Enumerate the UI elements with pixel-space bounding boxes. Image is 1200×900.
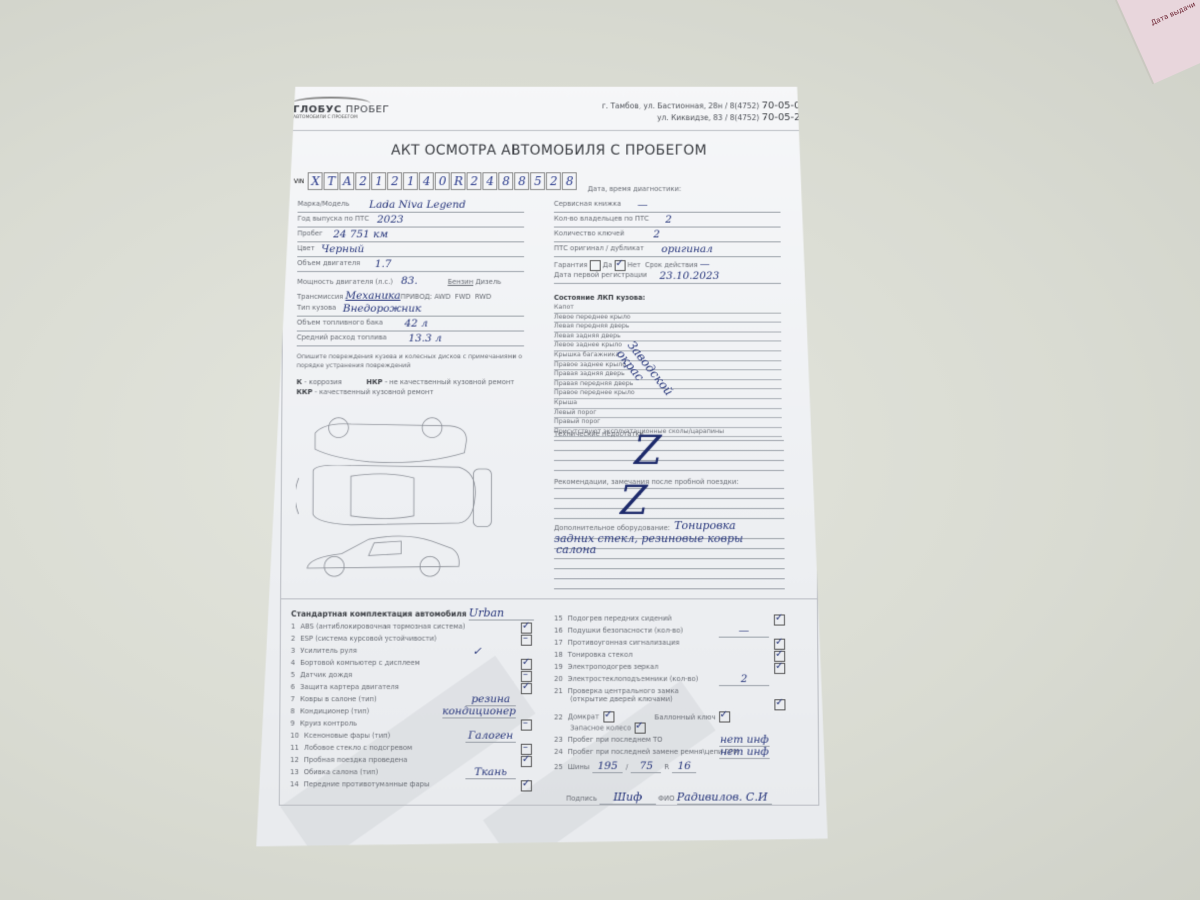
equipment-checkbox[interactable] [521, 635, 532, 646]
ruled-line [554, 578, 785, 579]
vin-char: 5 [530, 172, 545, 190]
company-contacts: г. Тамбов, ул. Бастионная, 28н / 8(4752)… [602, 101, 807, 125]
warranty-no-checkbox[interactable] [614, 260, 625, 271]
extra-equipment-line1: Тонировка [674, 519, 736, 532]
signature: Шиф [599, 790, 656, 804]
defects-value: Z [634, 428, 662, 474]
document-title: АКТ ОСМОТРА АВТОМОБИЛЯ С ПРОБЕГОМ [284, 143, 814, 159]
extra-equipment-label: Дополнительное оборудование: [554, 524, 670, 532]
vin-char: T [324, 172, 339, 190]
ruled-line [554, 568, 785, 569]
fio-value: Радивилов. С.И [677, 790, 772, 804]
body-type-field: Тип кузоваВнедорожник [297, 304, 524, 317]
transmission-field: Трансмиссия МеханикаПРИВОД: AWD FWD RWD [297, 290, 491, 302]
paint-item: Левая передняя дверь [554, 323, 781, 333]
form-frame: АКТ ОСМОТРА АВТОМОБИЛЯ С ПРОБЕГОМ VIN XT… [279, 130, 820, 806]
equipment-value: нет инф [719, 746, 769, 759]
vin-char: X [308, 172, 323, 190]
equipment-value: — [719, 625, 769, 638]
equipment-item: 1ABS (антиблокировочная тормозная систем… [291, 623, 542, 635]
equipment-item: 10Ксеноновые фары (тип)Галоген [290, 732, 542, 744]
owners-field: Кол-во владельцев по ПТС2 [554, 215, 781, 228]
equipment-title: Стандартная комплектация автомобиля Urba… [291, 606, 534, 619]
equipment-checkbox[interactable] [521, 780, 532, 791]
paint-item: Капот [554, 304, 781, 314]
vin-char: 2 [546, 172, 561, 190]
legend-nkr: НКР - не качественный кузовной ремонт [366, 378, 514, 386]
paint-item: Левая задняя дверь [554, 332, 781, 342]
paint-item: Левое переднее крыло [554, 313, 781, 323]
vin-char: 8 [515, 172, 530, 190]
vin-char: 2 [467, 172, 482, 190]
equipment-checkbox[interactable] [603, 711, 614, 722]
vin-field: VIN XTA212140R2488528 [294, 172, 578, 190]
equipment-item: 17Противоугонная сигнализация [554, 639, 795, 651]
vin-char: R [451, 172, 466, 190]
vin-char: A [340, 172, 355, 190]
legend-k: К - коррозия [296, 378, 341, 386]
equipment-checkbox[interactable] [774, 699, 785, 710]
ruled-line [554, 498, 784, 499]
equipment-item: 14Передние противотуманные фары [290, 780, 542, 792]
equipment-item: 2ESP (система курсовой устойчивости) [291, 635, 542, 647]
make-model-field: Марка/МодельLada Niva Legend [298, 200, 525, 213]
vin-char: 4 [419, 172, 434, 190]
vin-char: 4 [483, 172, 498, 190]
ruled-line [554, 460, 784, 461]
pts-field: ПТС оригинал / дубликаторигинал [554, 244, 781, 257]
defects-label: Технические недостатки: [554, 430, 646, 438]
ruled-line [554, 518, 784, 519]
inspection-sheet: ГЛОБУС ПРОБЕГ АВТОМОБИЛИ С ПРОБЕГОМ г. Т… [256, 87, 827, 847]
signature-block: Подпись Шиф ФИО Радивилов. С.И [566, 790, 771, 803]
ruled-line [554, 508, 784, 509]
equipment-item: 16Подушки безопасности (кол-во)— [554, 627, 795, 639]
equipment-item: 20Электростеклоподъемники (кол-во)2 [554, 675, 795, 687]
equipment-value: Ткань [465, 766, 515, 779]
vin-char: 1 [372, 172, 387, 190]
legend-kkr: ККР - качественный кузовной ремонт [296, 388, 433, 396]
mileage-field: Пробег24 751 км [297, 230, 524, 243]
color-field: ЦветЧерный [297, 244, 524, 257]
vin-char: 0 [435, 172, 450, 190]
warranty-yes-checkbox[interactable] [590, 260, 601, 271]
card-text: Дата выдачи [1150, 0, 1197, 27]
equipment-item: 4Бортовой компьютер с дисплеем [291, 659, 542, 671]
background-card: Дата выдачи [1112, 0, 1200, 84]
vin-char: 2 [387, 172, 402, 190]
equipment-item: 13Обивка салона (тип)Ткань [290, 768, 542, 780]
first-reg-field: Дата первой регистрации23.10.2023 [554, 271, 781, 284]
keys-field: Количество ключей2 [554, 230, 781, 243]
equipment-item: 25Шины195/75R16 [554, 760, 796, 772]
tank-field: Объем топливного бака42 л [297, 319, 524, 332]
equipment-value: кондиционер [442, 705, 516, 718]
damage-note: Опишите повреждения кузова и колесных ди… [297, 352, 532, 370]
equipment-item: 18Тонировка стекол [554, 651, 795, 663]
equipment-checkbox[interactable] [521, 683, 532, 694]
equipment-item: 21Проверка центрального замка(открытие д… [554, 687, 795, 711]
paint-item: Крышка багажника [554, 351, 781, 361]
consumption-field: Средний расход топлива13.3 л [297, 333, 524, 346]
equipment-item: 24Пробег при последней замене ремня\цепи… [554, 748, 796, 760]
ruled-line [554, 558, 785, 559]
ruled-line [554, 450, 784, 451]
recommendations-value: Z [620, 478, 648, 524]
equipment-checkbox[interactable] [521, 719, 532, 730]
vin-char: 2 [356, 172, 371, 190]
equipment-checkbox[interactable] [719, 711, 730, 722]
paint-item: Левое заднее крыло [554, 342, 781, 352]
paint-item: Правое заднее крыло [554, 361, 781, 371]
equipment-checkbox[interactable] [774, 614, 785, 625]
equipment-item: 8Кондиционер (тип)кондиционер [290, 707, 542, 719]
year-field: Год выпуска по ПТС2023 [297, 215, 524, 228]
ruled-line [554, 470, 784, 471]
equipment-item: 11Лобовое стекло с подогревом [290, 744, 542, 756]
equipment-checkbox[interactable] [634, 723, 645, 734]
car-diagram [295, 406, 496, 586]
power-field: Мощность двигателя (л.с.) 83. Бензин Диз… [297, 275, 501, 287]
equipment-item: 3Усилитель руля✓ [291, 647, 542, 659]
ruled-line [554, 588, 785, 589]
equipment-checkbox[interactable] [774, 663, 785, 674]
vin-char: 8 [562, 172, 577, 190]
ruled-line [554, 440, 784, 441]
equipment-item: 5Датчик дождя [291, 671, 542, 683]
vin-char: 1 [403, 172, 418, 190]
equipment-item: 22ДомкратБаллонный ключЗапасное колесо [554, 711, 796, 735]
equipment-value: Галоген [465, 730, 515, 743]
vin-char: 8 [499, 172, 514, 190]
equipment-checkbox[interactable] [521, 756, 532, 767]
diag-date-label: Дата, время диагностики: [588, 185, 682, 193]
service-book-field: Сервисная книжка— [554, 200, 781, 213]
ruled-line [554, 488, 784, 489]
warranty-field: Гарантия Да Нет Срок действия — [554, 259, 710, 270]
paint-title: Состояние ЛКП кузова: [554, 294, 645, 302]
extra-equipment-line3: салона [556, 543, 596, 556]
company-logo: ГЛОБУС ПРОБЕГ АВТОМОБИЛИ С ПРОБЕГОМ [293, 104, 389, 120]
engine-volume-field: Объем двигателя1.7 [297, 259, 524, 272]
equipment-value: 2 [719, 673, 769, 686]
equipment-checkbox[interactable]: ✓ [472, 645, 481, 658]
